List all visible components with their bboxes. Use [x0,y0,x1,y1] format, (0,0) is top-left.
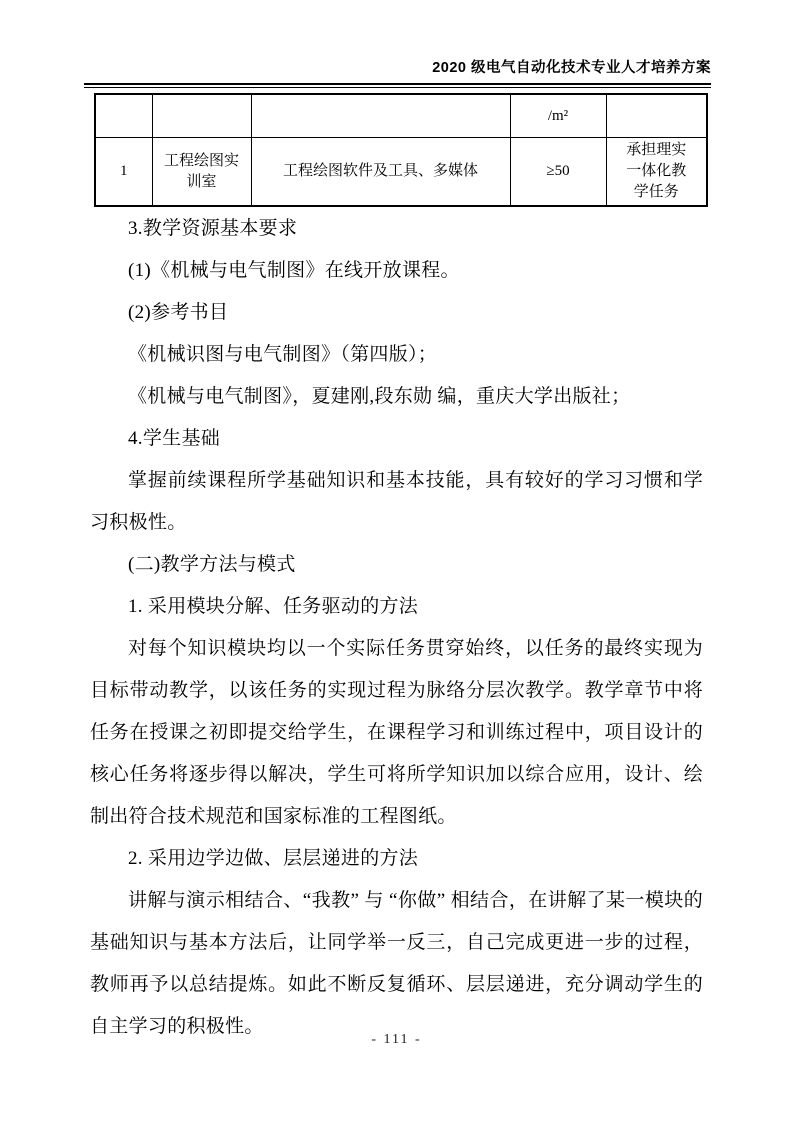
section-heading-student-basis: 4.学生基础 [90,418,703,460]
section-heading-teaching-resources: 3.教学资源基本要求 [90,208,703,250]
table-cell-task-header [606,94,707,138]
table-header-continuation-row: /m² [95,94,707,138]
paragraph-book-1: 《机械识图与电气制图》（第四版）； [90,334,703,376]
paragraph-online-course: (1)《机械与电气制图》在线开放课程。 [90,250,703,292]
table-cell-equipment: 工程绘图软件及工具、多媒体 [251,138,510,207]
section-heading-teaching-methods: (二)教学方法与模式 [90,544,703,586]
table-cell-equipment-header [251,94,510,138]
subheading-method-2: 2. 采用边学边做、层层递进的方法 [90,838,703,880]
paragraph-method-2: 讲解与演示相结合、“我教” 与 “你做” 相结合，在讲解了某一模块的基础知识与基… [90,880,703,1048]
paragraph-student-basis: 掌握前续课程所学基础知识和基本技能，具有较好的学习习惯和学习积极性。 [90,460,703,544]
table-cell-index: 1 [95,138,152,207]
paragraph-method-1: 对每个知识模块均以一个实际任务贯穿始终，以任务的最终实现为目标带动教学，以该任务… [90,628,703,838]
table-cell-room-header [152,94,251,138]
table-cell-index-header [95,94,152,138]
header-rule [84,83,711,88]
table-cell-task: 承担理实一体化教学任务 [606,138,707,207]
table-row: 1 工程绘图实训室 工程绘图软件及工具、多媒体 ≥50 承担理实一体化教学任务 [95,138,707,207]
subheading-method-1: 1. 采用模块分解、任务驱动的方法 [90,586,703,628]
paragraph-book-2: 《机械与电气制图》，夏建刚,段东勋 编，重庆大学出版社； [90,376,703,418]
document-page: 2020 级电气自动化技术专业人才培养方案 /m² 1 工程绘图实训室 工程绘图… [0,0,793,1122]
page-header-title: 2020 级电气自动化技术专业人才培养方案 [432,56,711,77]
training-room-table: /m² 1 工程绘图实训室 工程绘图软件及工具、多媒体 ≥50 承担理实一体化教… [94,93,708,207]
page-number: - 111 - [0,1030,793,1050]
table-cell-area-unit-header: /m² [510,94,606,138]
table-cell-room-name: 工程绘图实训室 [152,138,251,207]
table-cell-area: ≥50 [510,138,606,207]
document-body: 3.教学资源基本要求 (1)《机械与电气制图》在线开放课程。 (2)参考书目 《… [90,208,703,1048]
paragraph-reference-books-heading: (2)参考书目 [90,292,703,334]
